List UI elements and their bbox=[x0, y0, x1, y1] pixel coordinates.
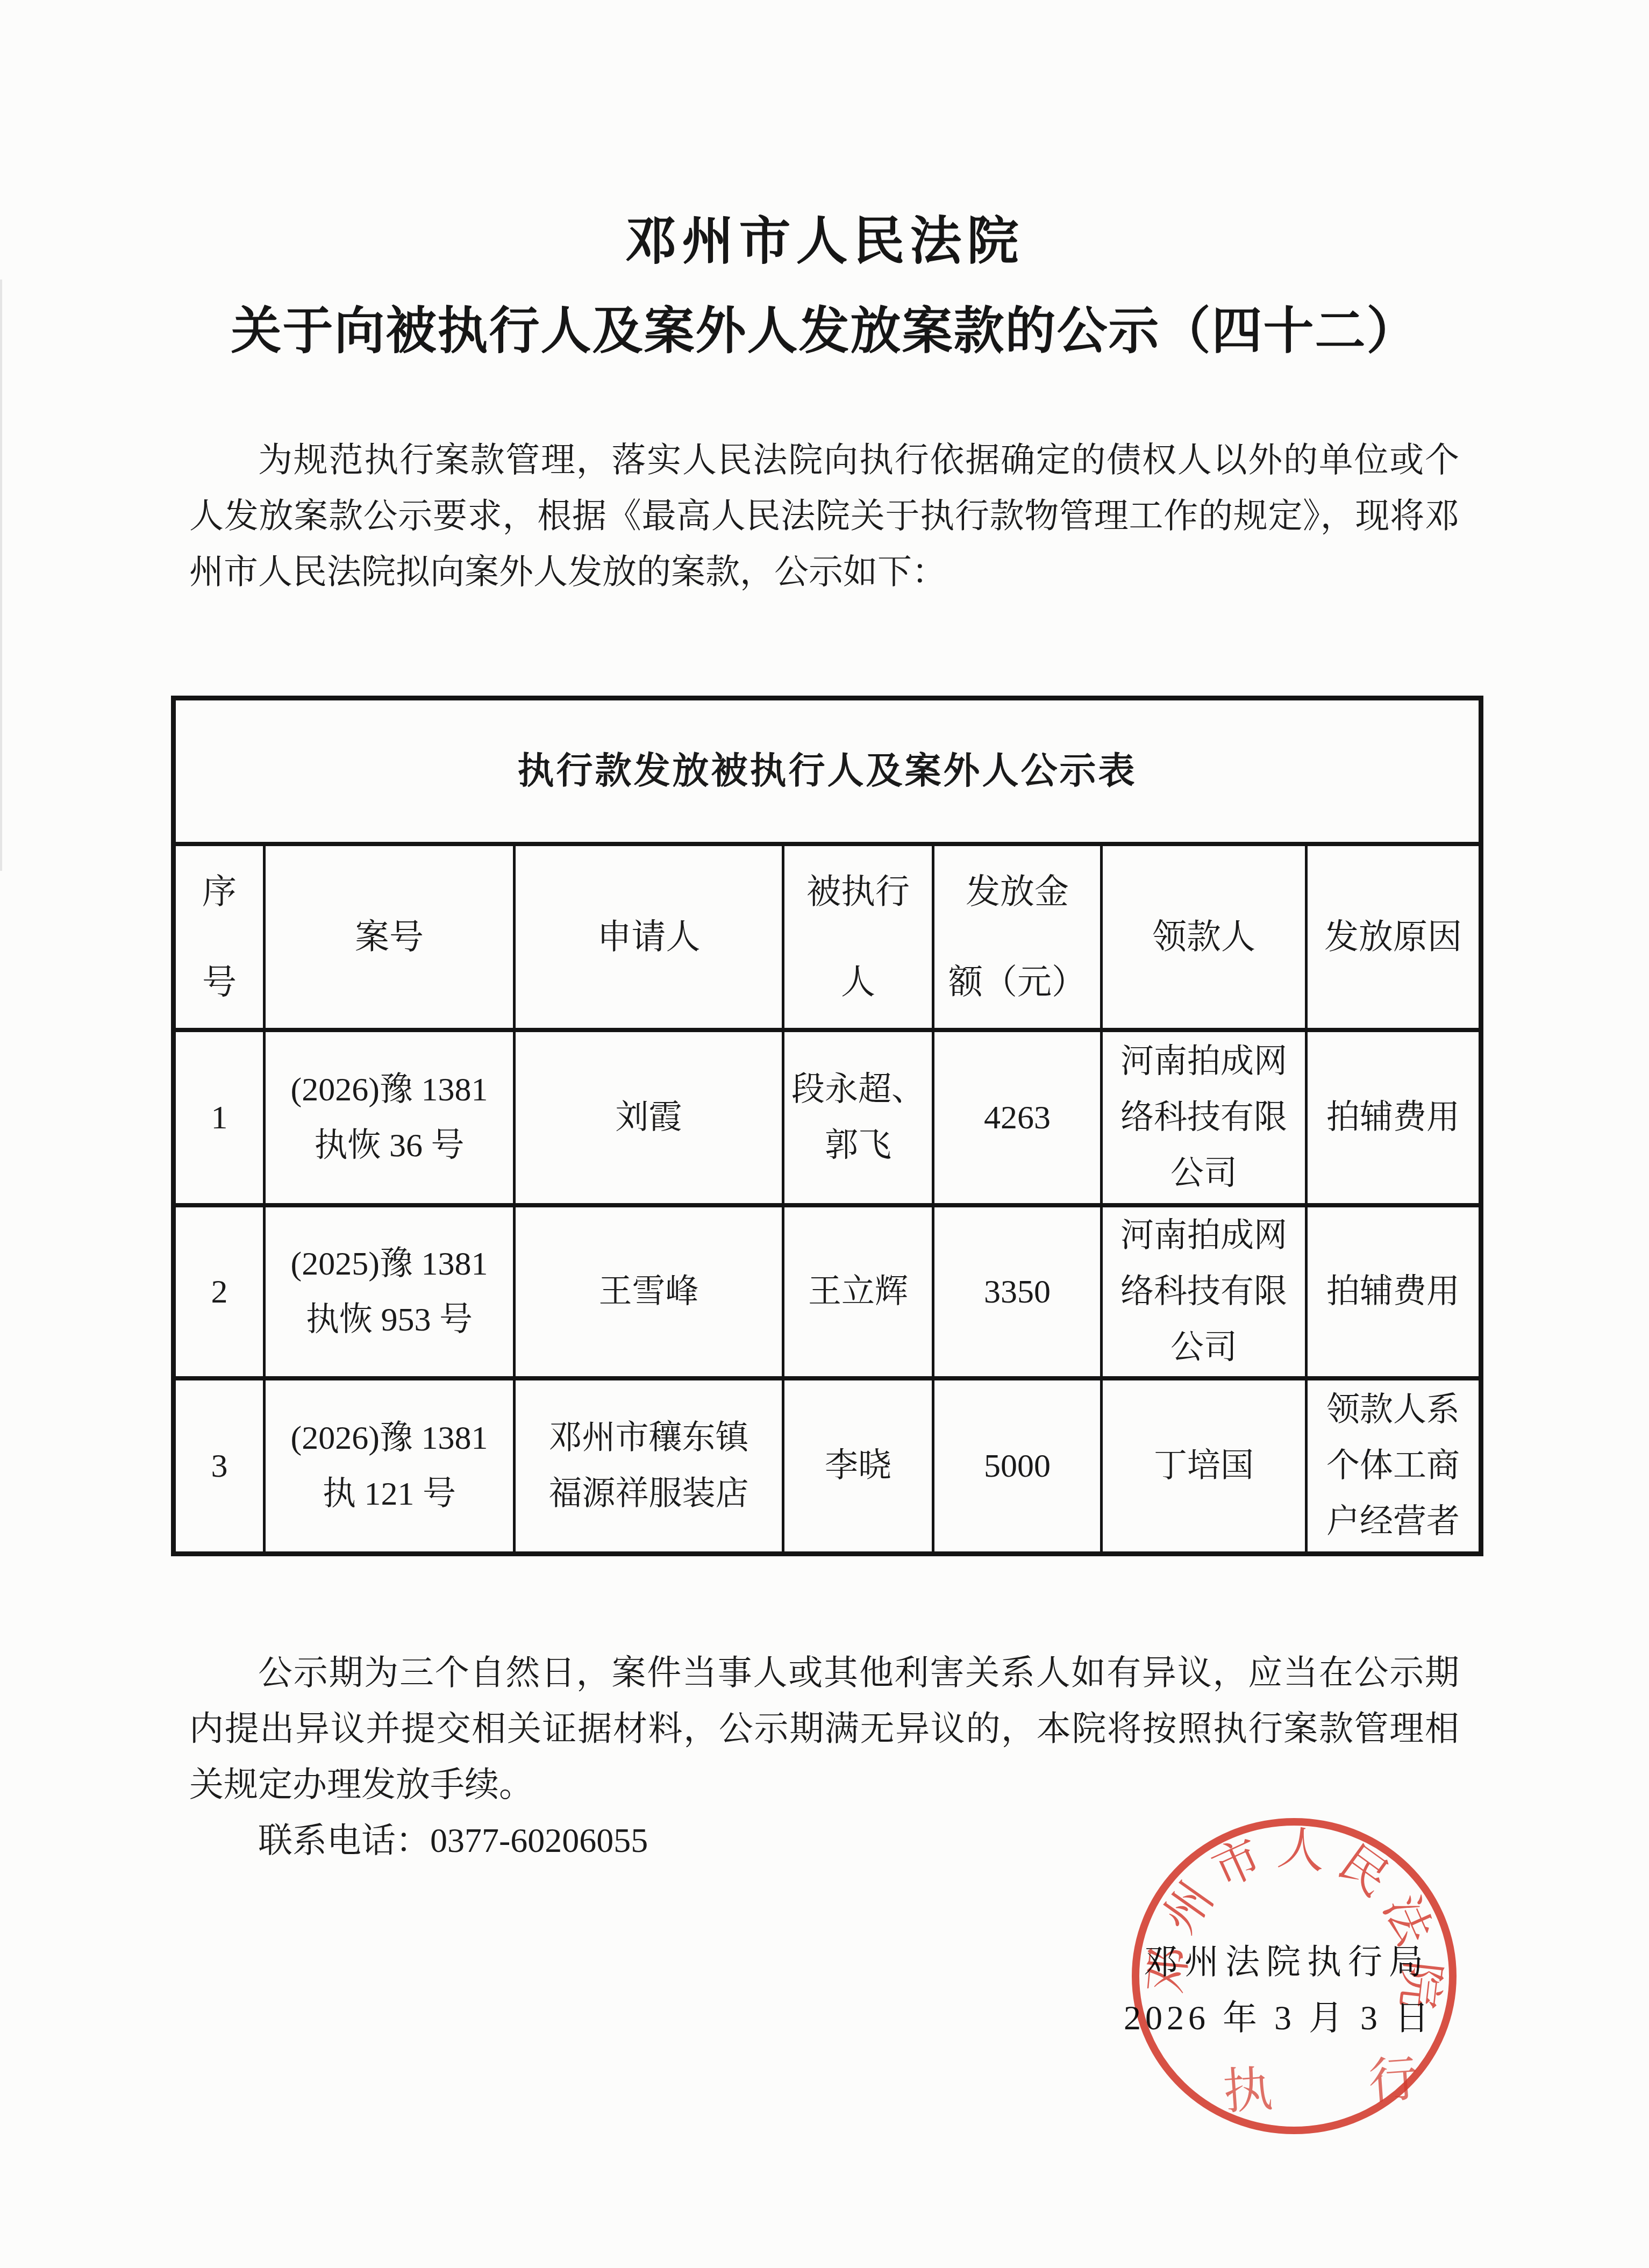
page-title: 邓州市人民法院 bbox=[0, 200, 1649, 274]
intro-paragraph: 为规范执行案款管理，落实人民法院向执行依据确定的债权人以外的单位或个人发放案款公… bbox=[189, 432, 1459, 600]
table-title: 执行款发放被执行人及案外人公示表 bbox=[174, 698, 1481, 844]
document-page: 邓州市人民法院 关于向被执行人及案外人发放案款的公示（四十二） 为规范执行案款管… bbox=[0, 0, 1649, 2268]
cell-seq: 2 bbox=[174, 1205, 265, 1378]
table-row: 3 (2026)豫 1381 执 121 号 邓州市穰东镇 福源祥服装店 李晓 … bbox=[174, 1378, 1481, 1554]
closing-text: 公示期为三个自然日，案件当事人或其他利害关系人如有异议，应当在公示期内提出异议并… bbox=[189, 1645, 1459, 1813]
signature-org: 邓州法院执行局 bbox=[1082, 1934, 1491, 1984]
table-title-row: 执行款发放被执行人及案外人公示表 bbox=[174, 698, 1481, 844]
cell-payee: 丁培国 bbox=[1102, 1378, 1307, 1554]
cell-case-no: (2026)豫 1381 执 121 号 bbox=[265, 1378, 515, 1554]
intro-text: 为规范执行案款管理，落实人民法院向执行依据确定的债权人以外的单位或个人发放案款公… bbox=[189, 432, 1459, 600]
cell-applicant: 刘霞 bbox=[515, 1030, 783, 1205]
cell-executee: 段永超、 郭飞 bbox=[783, 1030, 933, 1205]
col-header-applicant: 申请人 bbox=[515, 844, 783, 1030]
cell-seq: 3 bbox=[174, 1378, 265, 1554]
cell-amount: 3350 bbox=[933, 1205, 1102, 1378]
cell-reason: 领款人系 个体工商 户经营者 bbox=[1307, 1378, 1481, 1554]
cell-case-no: (2025)豫 1381 执恢 953 号 bbox=[265, 1205, 515, 1378]
cell-amount: 4263 bbox=[933, 1030, 1102, 1205]
cell-seq: 1 bbox=[174, 1030, 265, 1205]
col-header-case-no: 案号 bbox=[265, 844, 515, 1030]
cell-payee: 河南拍成网 络科技有限 公司 bbox=[1102, 1205, 1307, 1378]
col-header-executee: 被执行 人 bbox=[783, 844, 933, 1030]
col-header-reason: 发放原因 bbox=[1307, 844, 1481, 1030]
cell-amount: 5000 bbox=[933, 1378, 1102, 1554]
scan-artifact bbox=[0, 280, 2, 871]
signature-date: 2026 年 3 月 3 日 bbox=[1074, 1990, 1483, 2040]
cell-payee: 河南拍成网 络科技有限 公司 bbox=[1102, 1030, 1307, 1205]
seal-bottom-text: 执 行 bbox=[1222, 2049, 1461, 2120]
col-header-amount: 发放金 额（元） bbox=[933, 844, 1102, 1030]
cell-executee: 李晓 bbox=[783, 1378, 933, 1554]
table-header-row: 序 号 案号 申请人 被执行 人 发放金 额（元） 领款人 发放原因 bbox=[174, 844, 1481, 1030]
col-header-payee: 领款人 bbox=[1102, 844, 1307, 1030]
cell-executee: 王立辉 bbox=[783, 1205, 933, 1378]
cell-reason: 拍辅费用 bbox=[1307, 1030, 1481, 1205]
cell-case-no: (2026)豫 1381 执恢 36 号 bbox=[265, 1030, 515, 1205]
announcement-table: 执行款发放被执行人及案外人公示表 序 号 案号 申请人 被执行 人 发放金 额（… bbox=[171, 696, 1483, 1556]
table-row: 1 (2026)豫 1381 执恢 36 号 刘霞 段永超、 郭飞 4263 河… bbox=[174, 1030, 1481, 1205]
cell-reason: 拍辅费用 bbox=[1307, 1205, 1481, 1378]
col-header-seq: 序 号 bbox=[174, 844, 265, 1030]
page-subtitle: 关于向被执行人及案外人发放案款的公示（四十二） bbox=[0, 290, 1649, 363]
table-row: 2 (2025)豫 1381 执恢 953 号 王雪峰 王立辉 3350 河南拍… bbox=[174, 1205, 1481, 1378]
cell-applicant: 王雪峰 bbox=[515, 1205, 783, 1378]
cell-applicant: 邓州市穰东镇 福源祥服装店 bbox=[515, 1378, 783, 1554]
